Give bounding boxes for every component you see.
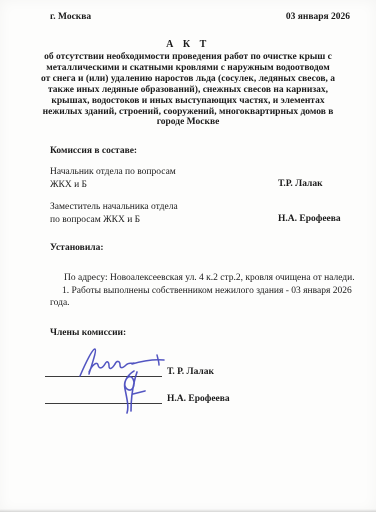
handwritten-signature <box>74 344 170 380</box>
act-subtitle-line: от снега и (или) удалению наростов льда … <box>28 74 348 85</box>
signature-name: Т. Р. Лалак <box>167 367 214 377</box>
act-subtitle-line: металлическими и скатными кровлями с нар… <box>28 63 348 74</box>
established-line: 1. Работы выполнены собственником нежило… <box>62 286 352 296</box>
commission-member-name: Н.А. Ерофеева <box>278 214 341 224</box>
act-subtitle-line: крышах, водостоков и иных выступающих ча… <box>28 96 348 107</box>
act-title: А К Т <box>0 39 376 51</box>
position-line: по вопросам ЖКХ и Б <box>50 214 178 227</box>
document-date: 03 января 2026 <box>286 12 350 23</box>
document-page: г. Москва 03 января 2026 А К Т об отсутс… <box>0 0 376 512</box>
position-line: ЖКХ и Б <box>50 179 176 192</box>
act-subtitle-line: городе Москве <box>28 117 348 128</box>
established-heading: Установила: <box>50 243 104 254</box>
signature-line <box>45 403 162 404</box>
act-subtitle: об отсутствии необходимости проведения р… <box>28 52 348 128</box>
established-line: года. <box>50 298 70 308</box>
position-line: Заместитель начальника отдела <box>50 201 178 214</box>
act-subtitle-line: нежилых зданий, строений, сооружений, мн… <box>28 107 348 118</box>
signature-name: Н.А. Ерофеева <box>167 394 230 404</box>
document-city: г. Москва <box>50 12 91 23</box>
commission-member-position: Заместитель начальника отдела по вопроса… <box>50 201 178 226</box>
signature-line <box>45 376 162 377</box>
position-line: Начальник отдела по вопросам <box>50 166 176 179</box>
commission-heading: Комиссия в составе: <box>50 146 137 157</box>
signatures-heading: Члены комиссии: <box>50 328 126 339</box>
act-subtitle-line: также иных ледяные образований), снежных… <box>28 85 348 96</box>
established-line: По адресу: Новоалексеевская ул. 4 к.2 ст… <box>64 273 355 283</box>
commission-member-name: Т.Р. Лалак <box>278 179 323 189</box>
commission-member-position: Начальник отдела по вопросам ЖКХ и Б <box>50 166 176 191</box>
handwritten-signature <box>100 367 162 415</box>
act-subtitle-line: об отсутствии необходимости проведения р… <box>28 52 348 63</box>
